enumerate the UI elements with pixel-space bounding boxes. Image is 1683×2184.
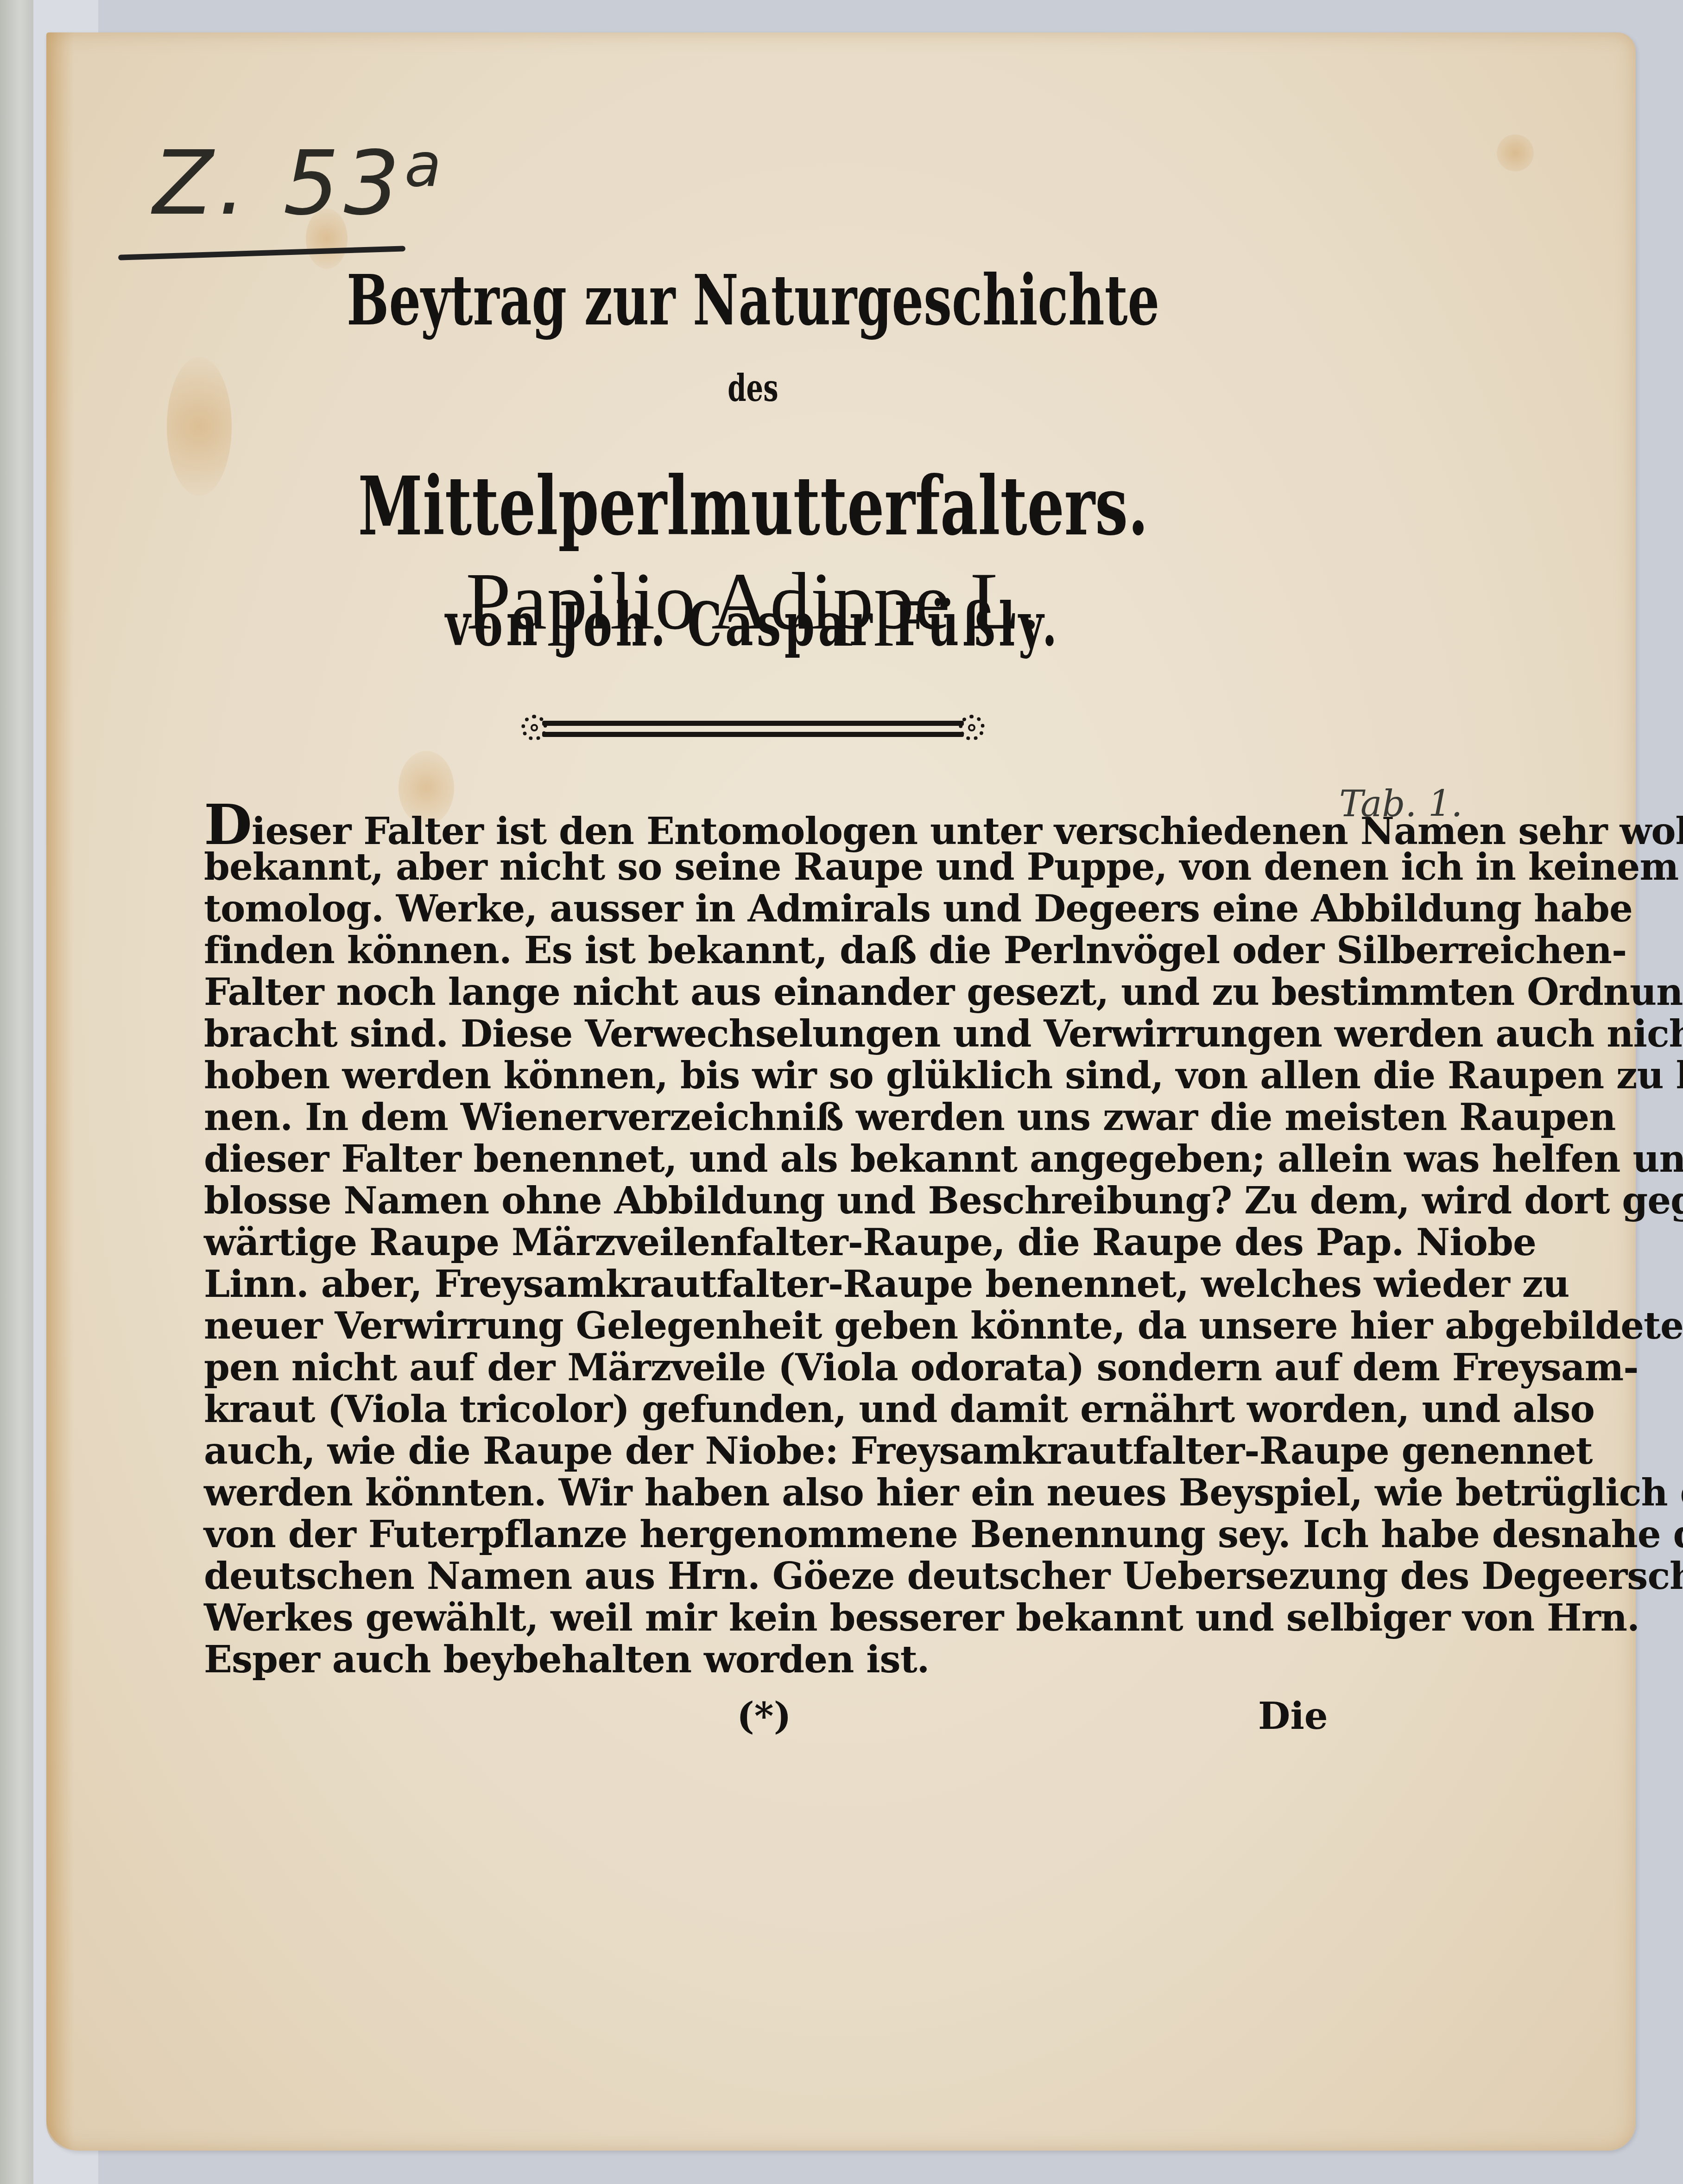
- body-line: wärtige Raupe Märzveilenfalter-Raupe, di…: [204, 1221, 1307, 1263]
- title-line-2: des: [139, 366, 1367, 410]
- ornament-line-bottom: [542, 732, 964, 737]
- title-line-1: Beytrag zur Naturgeschichte: [139, 260, 1367, 341]
- body-line: pen nicht auf der Märzveile (Viola odora…: [204, 1346, 1307, 1388]
- ornament-line-top: [542, 721, 964, 726]
- body-line: Falter noch lange nicht aus einander ges…: [204, 971, 1307, 1013]
- title-german-name: Mittelperlmutterfalters.: [358, 459, 1148, 554]
- ornamental-rule: [521, 711, 985, 744]
- body-line: werden könnten. Wir haben also hier ein …: [204, 1472, 1307, 1513]
- body-line: Dieser Falter ist den Entomologen unter …: [204, 804, 1307, 846]
- author-name: von Joh. Caspar Füßly.: [445, 589, 1060, 660]
- body-line: nen. In dem Wienerverzeichniß werden uns…: [204, 1096, 1307, 1138]
- body-line: deutschen Namen aus Hrn. Göeze deutscher…: [204, 1555, 1307, 1597]
- title-beytrag: Beytrag zur Naturgeschichte: [347, 260, 1159, 341]
- catchword: Die: [1258, 1694, 1328, 1738]
- ornament-rosette-icon: [959, 715, 985, 741]
- title-des: des: [728, 366, 778, 410]
- shelfmark-handwritten: Z. 53a: [153, 130, 446, 235]
- body-line: Esper auch beybehalten worden ist.: [204, 1638, 1307, 1680]
- foxing-stain: [1497, 134, 1534, 171]
- body-line: dieser Falter benennet, und als bekannt …: [204, 1138, 1307, 1180]
- body-line: von der Futerpflanze hergenommene Benenn…: [204, 1513, 1307, 1555]
- body-line: neuer Verwirrung Gelegenheit geben könnt…: [204, 1305, 1307, 1346]
- signature-mark: (*): [737, 1694, 791, 1738]
- body-line: blosse Namen ohne Abbildung und Beschrei…: [204, 1180, 1307, 1221]
- shelfmark-text: Z. 53: [153, 132, 405, 235]
- author-line: von Joh. Caspar Füßly.: [139, 589, 1367, 660]
- body-line: finden können. Es ist bekannt, daß die P…: [204, 929, 1307, 971]
- body-line: bracht sind. Diese Verwechselungen und V…: [204, 1013, 1307, 1054]
- body-line: hoben werden können, bis wir so glüklich…: [204, 1054, 1307, 1096]
- body-line: kraut (Viola tricolor) gefunden, und dam…: [204, 1388, 1307, 1430]
- body-line: Linn. aber, Freysamkrautfalter-Raupe ben…: [204, 1263, 1307, 1305]
- body-line: auch, wie die Raupe der Niobe: Freysamkr…: [204, 1430, 1307, 1472]
- body-line: bekannt, aber nicht so seine Raupe und P…: [204, 846, 1307, 888]
- backdrop-left-edge: [0, 0, 33, 2184]
- body-paragraph: Dieser Falter ist den Entomologen unter …: [204, 804, 1307, 1680]
- body-line: Werkes gewählt, weil mir kein besserer b…: [204, 1597, 1307, 1638]
- ornament-rosette-icon: [521, 715, 547, 741]
- body-line: tomolog. Werke, ausser in Admirals und D…: [204, 888, 1307, 929]
- shelfmark-superscript: a: [405, 130, 446, 200]
